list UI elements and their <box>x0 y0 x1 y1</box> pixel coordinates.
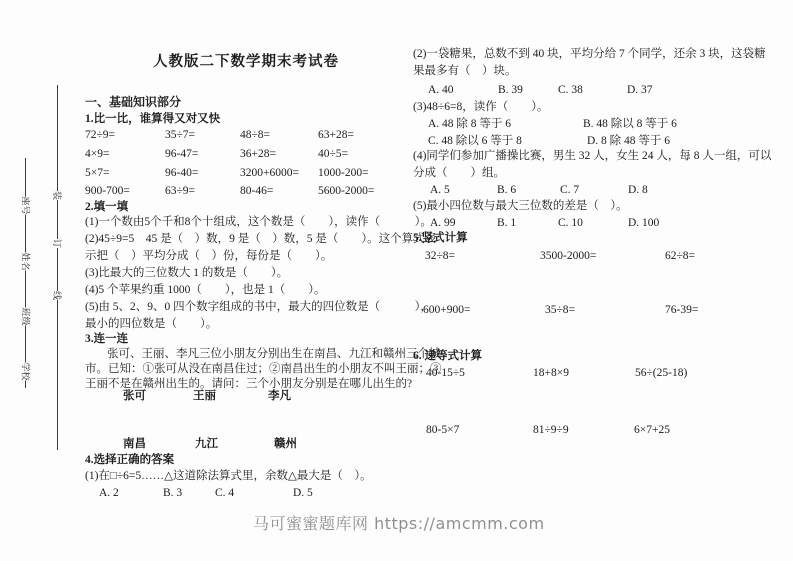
calc-cell: 35÷7= <box>165 128 195 142</box>
choice4-option-a: A. 5 <box>430 183 450 197</box>
step-calc-item: 40-15÷5 <box>426 366 465 380</box>
choice4-stem-line2: 分成（ ）组。 <box>413 166 505 180</box>
calc-cell: 3200+6000= <box>240 166 299 180</box>
student-field-school-label: 学校 <box>20 362 31 380</box>
site-watermark: 马可蜜蜜题库网 https://amcmm.com <box>253 511 545 534</box>
binding-char-ding: 订 <box>51 239 62 248</box>
choice3-option-a: A. 48 除 8 等于 6 <box>428 117 511 131</box>
calc-cell: 72÷9= <box>85 128 115 142</box>
fill-line: (5)由 5、2、9、0 四个数字组成的书中，最大的四位数是（ ）， <box>85 300 432 314</box>
choice1-option-a: A. 2 <box>99 486 119 500</box>
binding-line <box>57 85 58 450</box>
choice1-stem: (1)在□÷6=5……△这道除法算式里，余数△最大是（ ）。 <box>85 469 372 483</box>
student-field-seat-label: 座号 <box>20 196 31 214</box>
match-name: 王丽 <box>193 389 216 403</box>
column-calc-item: 76-39= <box>665 303 698 317</box>
calc-cell: 40÷5= <box>318 147 348 161</box>
choice5-option-c: C. 10 <box>558 216 583 230</box>
choice4-stem-line1: (4)同学们参加广播操比赛，男生 32 人，女生 24 人，每 8 人一组，可以 <box>413 149 771 163</box>
binding-char-xian: 线 <box>51 291 62 300</box>
fill-line: (2)45÷9=5 45 是（ ）数，9 是（ ）数，5 是（ ）。这个算式表 <box>85 232 436 246</box>
choice2-option-b: B. 39 <box>498 83 523 97</box>
fill-line: 示把（ ）平均分成（ ）份，每份是（ ）。 <box>85 249 332 263</box>
choice1-option-b: B. 3 <box>163 486 182 500</box>
step-calc-item: 56÷(25-18) <box>635 366 687 380</box>
calc-cell: 5×7= <box>85 166 109 180</box>
column-calc-item: 62÷8= <box>665 249 695 263</box>
column-calc-item: 32÷8= <box>425 249 455 263</box>
step-calc-item: 18+8×9 <box>533 366 569 380</box>
q1-heading: 1.比一比，谁算得又对又快 <box>85 112 220 126</box>
calc-cell: 96-47= <box>165 147 198 161</box>
choice2-option-d: D. 37 <box>627 83 653 97</box>
column-calc-item: 600+900= <box>423 303 470 317</box>
column-calc-item: 35÷8= <box>545 303 575 317</box>
choice5-option-d: D. 100 <box>628 216 659 230</box>
column-calc-item: 3500-2000= <box>540 249 596 263</box>
student-info-line <box>25 158 26 388</box>
step-calc-item: 80-5×7 <box>426 423 459 437</box>
binding-char-zhuang: 装 <box>51 191 62 200</box>
calc-cell: 63+28= <box>318 128 354 142</box>
match-name: 李凡 <box>268 389 291 403</box>
step-calc-item: 6×7+25 <box>634 423 670 437</box>
calc-cell: 48÷8= <box>240 128 270 142</box>
calc-cell: 5600-2000= <box>318 184 374 198</box>
student-field-name-label: 姓名 <box>20 252 31 270</box>
choice1-option-d: D. 5 <box>293 486 313 500</box>
choice2-stem-line2: 果最多有（ ）块。 <box>413 64 517 78</box>
choice2-option-c: C. 38 <box>558 83 583 97</box>
s5-heading: 5.竖式计算 <box>413 231 468 245</box>
choice5-stem: (5)最小四位数与最大三位数的差是（ ）。 <box>413 199 628 213</box>
choice3-option-d: D. 8 除 48 等于 6 <box>587 134 670 148</box>
choice2-option-a: A. 40 <box>428 83 454 97</box>
choice4-option-c: C. 7 <box>560 183 579 197</box>
section1-heading: 一、基础知识部分 <box>85 95 181 109</box>
choice4-option-d: D. 8 <box>628 183 648 197</box>
match-city: 赣州 <box>274 437 297 451</box>
calc-cell: 63÷9= <box>165 184 195 198</box>
fill-line: 最小的四位数是（ ）。 <box>85 317 217 331</box>
calc-cell: 80-46= <box>240 184 273 198</box>
exam-paper-page: 座号 姓名 班级 学校 装 订 线 人教版二下数学期末考试卷 一、基础知识部分 … <box>0 0 793 561</box>
choice3-stem: (3)48÷6=8，读作（ ）。 <box>413 100 548 114</box>
calc-cell: 36+28= <box>240 147 276 161</box>
q4-heading: 4.选择正确的答案 <box>85 453 174 467</box>
choice5-option-a: A. 99 <box>430 216 456 230</box>
calc-cell: 96-40= <box>165 166 198 180</box>
choice5-option-b: B. 1 <box>497 216 516 230</box>
fill-line: (1)一个数由5个千和8个十组成，这个数是（ ），读作（ ）。 <box>85 215 432 229</box>
calc-cell: 900-700= <box>85 184 130 198</box>
q2-heading: 2.填一填 <box>85 200 128 214</box>
student-field-class-label: 班级 <box>20 307 31 325</box>
calc-cell: 4×9= <box>85 147 109 161</box>
step-calc-item: 81÷9÷9 <box>533 423 569 437</box>
choice4-option-b: B. 6 <box>497 183 516 197</box>
fill-line: (4)5 个苹果约重 1000（ ），也是 1（ ）。 <box>85 283 326 297</box>
fill-line: (3)比最大的三位数大 1 的数是（ ）。 <box>85 266 288 280</box>
calc-cell: 1000-200= <box>318 166 369 180</box>
match-city: 九江 <box>195 437 218 451</box>
match-city: 南昌 <box>123 437 146 451</box>
s6-heading: 6. 递等式计算 <box>413 349 482 363</box>
choice3-option-b: B. 48 除以 8 等于 6 <box>583 117 677 131</box>
choice3-option-c: C. 48 除以 6 等于 8 <box>428 134 522 148</box>
choice1-option-c: C. 4 <box>215 486 234 500</box>
q3-paragraph-line: 市。已知：①张可从没在南昌住过；②南昌出生的小朋友不叫王丽；③ <box>85 362 442 376</box>
match-name: 张可 <box>123 389 146 403</box>
q3-paragraph-line: 张可、王丽、李凡三位小朋友分别出生在南昌、九江和赣州三个城 <box>107 347 441 361</box>
q3-heading: 3.连一连 <box>85 332 128 346</box>
page-title: 人教版二下数学期末考试卷 <box>85 55 407 69</box>
choice2-stem-line1: (2)一袋糖果，总数不到 40 块，平均分给 7 个同学，还余 3 块，这袋糖 <box>413 47 766 61</box>
